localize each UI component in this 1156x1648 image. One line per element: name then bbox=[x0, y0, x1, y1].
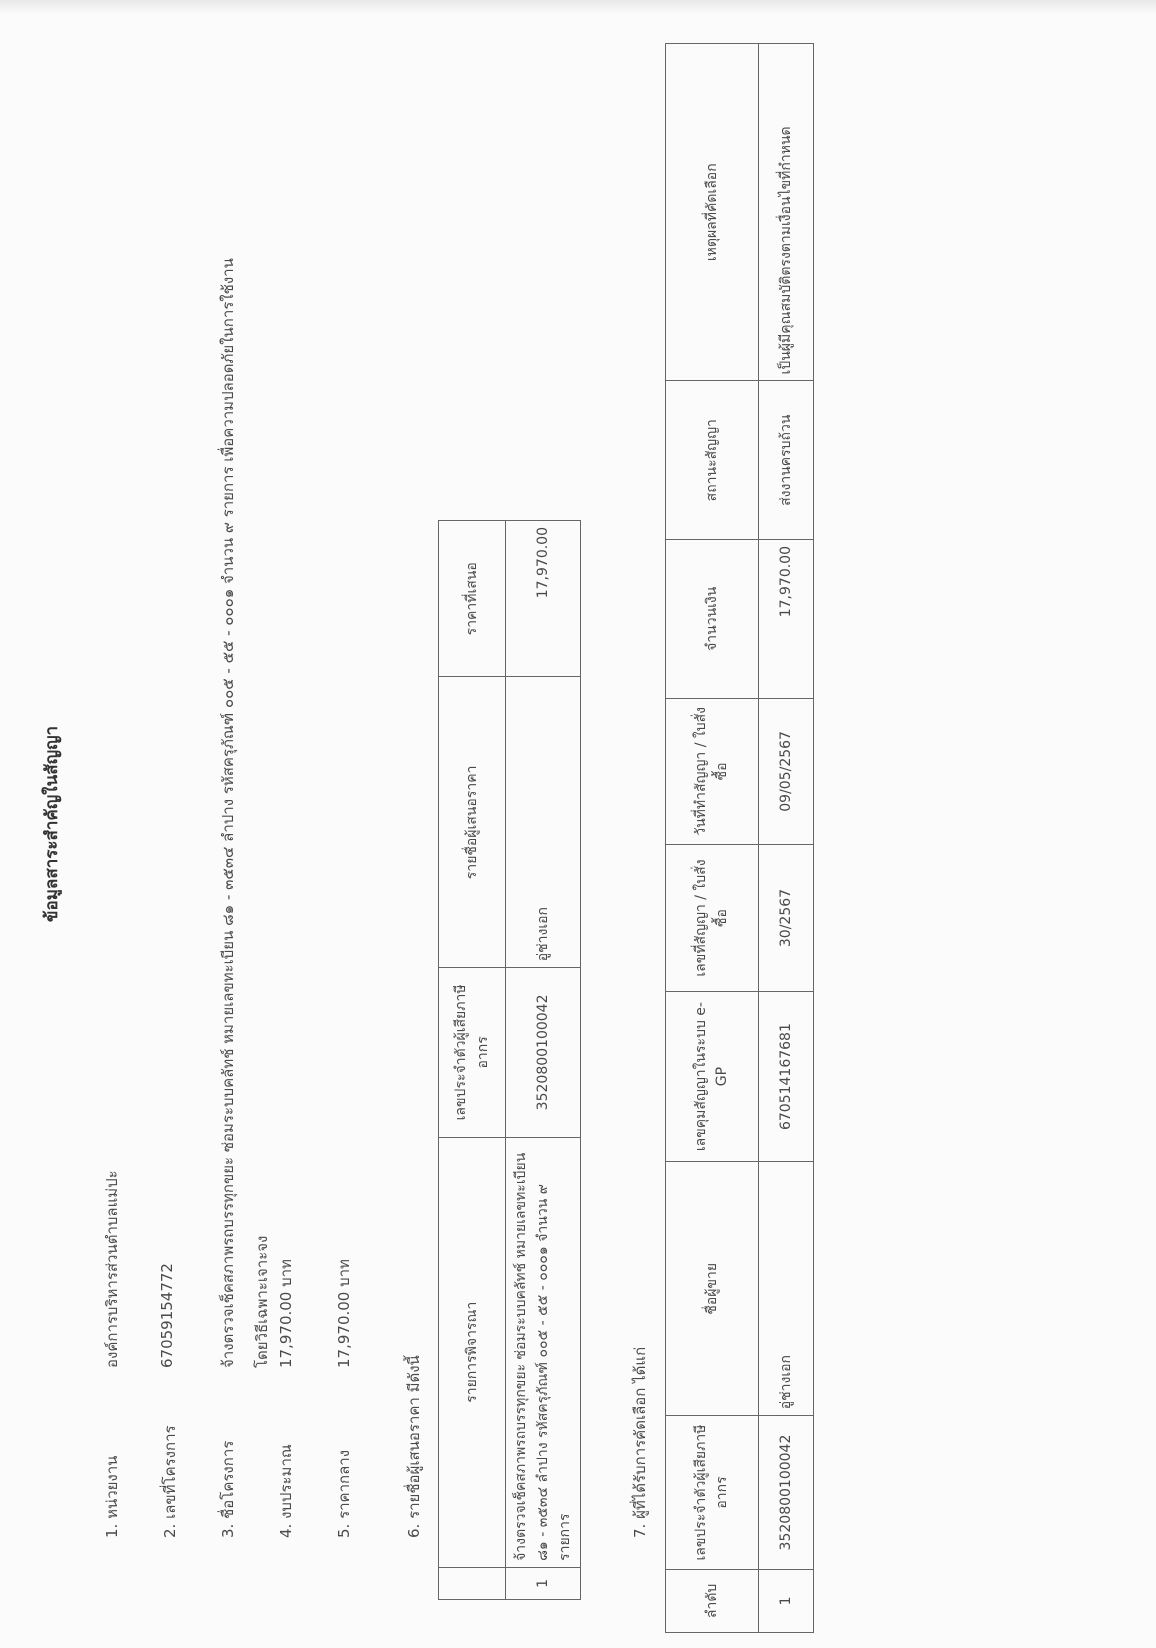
cell-no: 1 bbox=[506, 1567, 581, 1599]
scanned-page: ข้อมูลสาระสำคัญในสัญญา 1. หน่วยงาน องค์ก… bbox=[0, 0, 1156, 1648]
section6-heading: 6. รายชื่อผู้เสนอราคา มีดังนี้ bbox=[402, 1355, 426, 1538]
table-header: ลำดับ เลขประจำตัวผู้เสียภาษีอากร ชื่อผู้… bbox=[666, 44, 759, 1633]
cell-price: 17,970.00 bbox=[506, 521, 581, 677]
table-row: 1 จ้างตรวจเช็คสภาพรถบรรทุกขยะ ซ่อมระบบคล… bbox=[506, 521, 581, 1600]
cell-tax-id: 3520800100042 bbox=[759, 1416, 814, 1570]
header-date: วันที่ทำสัญญา / ใบสั่งซื้อ bbox=[666, 698, 759, 845]
field-label bbox=[250, 1368, 274, 1538]
header-item: รายการพิจารณา bbox=[439, 1137, 506, 1567]
field-value: จ้างตรวจเช็คสภาพรถบรรทุกขยะ ซ่อมระบบคลัท… bbox=[216, 168, 250, 1368]
rotated-document: ข้อมูลสาระสำคัญในสัญญา 1. หน่วยงาน องค์ก… bbox=[0, 0, 1156, 1648]
header-egp-no: เลขคุมสัญญาในระบบ e-GP bbox=[666, 991, 759, 1161]
section7-heading: 7. ผู้ที่ได้รับการคัดเลือก ได้แก่ bbox=[628, 1347, 652, 1538]
field-label: 1. หน่วยงาน bbox=[100, 1368, 158, 1538]
cell-vendor: อู่ช่างเอก bbox=[759, 1162, 814, 1416]
header-status: สถานะสัญญา bbox=[666, 381, 759, 540]
field-agency: 1. หน่วยงาน องค์การบริหารส่วนตำบลแม่ปะ bbox=[100, 168, 158, 1538]
cell-bidder: อู่ช่างเอก bbox=[506, 677, 581, 968]
field-label: 5. ราคากลาง bbox=[332, 1368, 390, 1538]
cell-no: 1 bbox=[759, 1569, 814, 1632]
header-tax-id: เลขประจำตัวผู้เสียภาษีอากร bbox=[439, 968, 506, 1137]
field-label: 4. งบประมาณ bbox=[274, 1368, 332, 1538]
header-no: ลำดับ bbox=[666, 1569, 759, 1632]
table-row: 1 3520800100042 อู่ช่างเอก 670514167681 … bbox=[759, 44, 814, 1633]
field-budget: 4. งบประมาณ 17,970.00 บาท bbox=[274, 168, 332, 1538]
cell-tax-id: 3520800100042 bbox=[506, 968, 581, 1137]
header-vendor: ชื่อผู้ขาย bbox=[666, 1162, 759, 1416]
field-median-price: 5. ราคากลาง 17,970.00 บาท bbox=[332, 168, 390, 1538]
cell-item: จ้างตรวจเช็คสภาพรถบรรทุกขยะ ซ่อมระบบคลัท… bbox=[506, 1137, 581, 1567]
header-no bbox=[439, 1567, 506, 1599]
field-value: 17,970.00 บาท bbox=[274, 168, 332, 1368]
cell-status: ส่งงานครบถ้วน bbox=[759, 381, 814, 540]
project-info: 1. หน่วยงาน องค์การบริหารส่วนตำบลแม่ปะ 2… bbox=[100, 168, 390, 1538]
field-value: 17,970.00 บาท bbox=[332, 168, 390, 1368]
bidders-table: รายการพิจารณา เลขประจำตัวผู้เสียภาษีอากร… bbox=[438, 520, 581, 1600]
field-value: โดยวิธีเฉพาะเจาะจง bbox=[250, 168, 274, 1368]
field-label: 3. ชื่อโครงการ bbox=[216, 1368, 250, 1538]
document-title: ข้อมูลสาระสำคัญในสัญญา bbox=[38, 0, 65, 1648]
field-project-method: โดยวิธีเฉพาะเจาะจง bbox=[250, 168, 274, 1538]
table-header: รายการพิจารณา เลขประจำตัวผู้เสียภาษีอากร… bbox=[439, 521, 506, 1600]
header-tax-id: เลขประจำตัวผู้เสียภาษีอากร bbox=[666, 1416, 759, 1570]
field-label: 2. เลขที่โครงการ bbox=[158, 1368, 216, 1538]
field-value: 67059154772 bbox=[158, 168, 216, 1368]
header-reason: เหตุผลที่คัดเลือก bbox=[666, 44, 759, 381]
header-contract-no: เลขที่สัญญา / ใบสั่งซื้อ bbox=[666, 845, 759, 992]
field-value: องค์การบริหารส่วนตำบลแม่ปะ bbox=[100, 168, 158, 1368]
selected-vendor-table: ลำดับ เลขประจำตัวผู้เสียภาษีอากร ชื่อผู้… bbox=[665, 43, 814, 1633]
field-project-name: 3. ชื่อโครงการ จ้างตรวจเช็คสภาพรถบรรทุกข… bbox=[216, 168, 250, 1538]
cell-egp-no: 670514167681 bbox=[759, 991, 814, 1161]
cell-contract-no: 30/2567 bbox=[759, 845, 814, 992]
header-bidder: รายชื่อผู้เสนอราคา bbox=[439, 677, 506, 968]
cell-amount: 17,970.00 bbox=[759, 540, 814, 699]
header-price: ราคาที่เสนอ bbox=[439, 521, 506, 677]
header-amount: จำนวนเงิน bbox=[666, 540, 759, 699]
cell-date: 09/05/2567 bbox=[759, 698, 814, 845]
field-project-number: 2. เลขที่โครงการ 67059154772 bbox=[158, 168, 216, 1538]
cell-reason: เป็นผู้มีคุณสมบัติตรงตามเงื่อนไขที่กำหนด bbox=[759, 44, 814, 381]
